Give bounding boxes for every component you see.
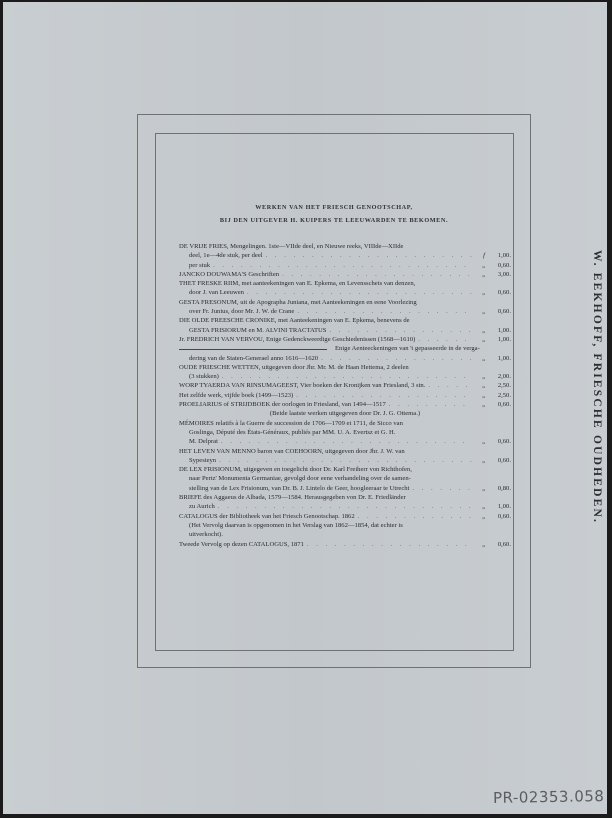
currency-mark: „ <box>475 381 485 390</box>
list-item: uitverkocht). <box>179 530 511 539</box>
entry-price: 3,00. <box>489 270 511 279</box>
list-item: over Fr. Junius, door Mr. J. W. de Crane… <box>179 307 511 316</box>
dot-leaders <box>307 540 472 549</box>
list-item: Enige Aenteeckeningen van 't gepasseerde… <box>179 344 511 353</box>
currency-mark: „ <box>475 484 485 493</box>
publisher-subheading: BIJ DEN UITGEVER H. KUIPERS TE LEEUWARDE… <box>155 217 513 224</box>
entry-title: HET LEVEN VAN MENNO baron van COEHOORN, … <box>179 447 405 456</box>
entry-title: Jr. FREDRICH VAN VERVOU, Enige Gedenckwe… <box>179 335 415 344</box>
list-item: (Beide laatste werken uitgegeven door Dr… <box>179 409 511 418</box>
list-item: deel, 1e—4de stuk, per deelf1,00. <box>179 251 511 260</box>
list-item: Het zelfde werk, vijfde boek (1499—1523)… <box>179 391 511 400</box>
currency-mark: „ <box>475 512 485 521</box>
entry-title: door J. van Leeuwen <box>179 288 244 297</box>
publisher-heading: WERKEN VAN HET FRIESCH GENOOTSCHAP, <box>155 204 513 211</box>
entry-title: GESTA FRESONUM, uit de Apographa Juniana… <box>179 298 417 307</box>
list-item: GESTA FRISIORUM en M. ALVINI TRACTATUS„1… <box>179 326 511 335</box>
currency-mark: „ <box>475 372 485 381</box>
entry-title: (Het Vervolg daarvan is opgenomen in het… <box>179 521 403 530</box>
list-item: BRIEFE des Aggaeus de Albada, 1579—1584.… <box>179 493 511 502</box>
entry-title: JANCKO DOUWAMA'S Geschriften <box>179 270 279 279</box>
entry-title: deel, 1e—4de stuk, per deel <box>179 251 263 260</box>
publication-list: DE VRIJE FRIES, Mengelingen. 1ste—VIIde … <box>179 242 511 549</box>
list-item: DE VRIJE FRIES, Mengelingen. 1ste—VIIde … <box>179 242 511 251</box>
entry-title: over Fr. Junius, door Mr. J. W. de Crane <box>179 307 294 316</box>
entry-title: WORP TYAERDA VAN RINSUMAGEEST, Vier boek… <box>179 381 425 390</box>
list-item: dering van de Staten-Generael anno 1616—… <box>179 354 511 363</box>
list-item: MÉMOIRES relatifs à la Guerre de success… <box>179 419 511 428</box>
entry-title: OUDE FRIESCHE WETTEN, uitgegeven door Jh… <box>179 363 409 372</box>
entry-title: PROELIARIUS of STRIJDBOEK der oorlogen i… <box>179 400 386 409</box>
dot-leaders <box>329 326 472 335</box>
currency-mark: „ <box>475 354 485 363</box>
entry-title: (3 stukken) <box>179 372 219 381</box>
currency-mark: „ <box>475 437 485 446</box>
entry-price: 0,80. <box>489 484 511 493</box>
list-item: per stuk„0,60. <box>179 261 511 270</box>
list-item: Tweede Vervolg op dezen CATALOGUS, 1871„… <box>179 540 511 549</box>
list-item: door J. van Leeuwen„0,60. <box>179 288 511 297</box>
list-item: HET LEVEN VAN MENNO baron van COEHOORN, … <box>179 447 511 456</box>
dot-leaders <box>213 261 472 270</box>
entry-title: per stuk <box>179 261 210 270</box>
currency-mark: „ <box>475 261 485 270</box>
dot-leaders <box>219 456 472 465</box>
list-item: naar Pertz' Monumenta Germaniae, gevolgd… <box>179 474 511 483</box>
entry-title: MÉMOIRES relatifs à la Guerre de success… <box>179 419 403 428</box>
dot-leaders <box>358 512 472 521</box>
entry-price: 0,60. <box>489 512 511 521</box>
dot-leaders <box>218 502 472 511</box>
dot-leaders <box>222 372 472 381</box>
entry-title: uitverkocht). <box>179 530 223 539</box>
entry-title: Goslinga, Député des États-Généraux, pub… <box>179 428 395 437</box>
ditto-rule <box>179 349 327 350</box>
entry-title: DE LEX FRISIONUM, uitgegeven en toegelic… <box>179 465 412 474</box>
entry-price: 2,00. <box>489 372 511 381</box>
entry-price: 2,50. <box>489 381 511 390</box>
entry-price: 0,60. <box>489 400 511 409</box>
entry-title: DE VRIJE FRIES, Mengelingen. 1ste—VIIde … <box>179 242 403 251</box>
entry-price: 1,00. <box>489 335 511 344</box>
currency-mark: f <box>475 251 485 260</box>
dot-leaders <box>412 484 472 493</box>
currency-mark: „ <box>475 326 485 335</box>
list-item: M. Delprat„0,60. <box>179 437 511 446</box>
currency-mark: „ <box>475 391 485 400</box>
entry-title: stelling van de Lex Frisionum, van Dr. B… <box>179 484 409 493</box>
list-item: (3 stukken)„2,00. <box>179 372 511 381</box>
entry-title: dering van de Staten-Generael anno 1616—… <box>179 354 318 363</box>
list-item: DIE OLDE FREESCHE CRONIKE, met Aanteeken… <box>179 316 511 325</box>
entry-price: 1,00. <box>489 354 511 363</box>
entry-title: M. Delprat <box>179 437 218 446</box>
entry-title: THET FRESKE RIIM, met aanteekeningen van… <box>179 279 415 288</box>
dot-leaders <box>389 400 472 409</box>
entry-title: (Beide laatste werken uitgegeven door Dr… <box>179 409 511 418</box>
list-item: stelling van de Lex Frisionum, van Dr. B… <box>179 484 511 493</box>
list-item: Jr. FREDRICH VAN VERVOU, Enige Gedenckwe… <box>179 335 511 344</box>
entry-title: GESTA FRISIORUM en M. ALVINI TRACTATUS <box>179 326 326 335</box>
entry-title: Tweede Vervolg op dezen CATALOGUS, 1871 <box>179 540 304 549</box>
dot-leaders <box>296 391 472 400</box>
entry-price: 1,00. <box>489 251 511 260</box>
entry-title: BRIEFE des Aggaeus de Albada, 1579—1584.… <box>179 493 406 502</box>
currency-mark: „ <box>475 335 485 344</box>
call-number: PR-02353.058 <box>493 787 605 807</box>
entry-price: 0,60. <box>489 307 511 316</box>
dot-leaders <box>297 307 472 316</box>
dot-leaders <box>221 437 472 446</box>
dot-leaders <box>321 354 472 363</box>
dot-leaders <box>428 381 472 390</box>
entry-price: 1,00. <box>489 326 511 335</box>
catalogue-page: WERKEN VAN HET FRIESCH GENOOTSCHAP, BIJ … <box>3 2 607 814</box>
currency-mark: „ <box>475 307 485 316</box>
list-item: Goslinga, Député des États-Généraux, pub… <box>179 428 511 437</box>
currency-mark: „ <box>475 456 485 465</box>
currency-mark: „ <box>475 288 485 297</box>
entry-title: Het zelfde werk, vijfde boek (1499—1523) <box>179 391 293 400</box>
list-item: CATALOGUS der Bibliotheek van het Friesc… <box>179 512 511 521</box>
entry-title: Sypesteyn <box>179 456 216 465</box>
entry-price: 0,60. <box>489 261 511 270</box>
currency-mark: „ <box>475 540 485 549</box>
entry-price: 0,60. <box>489 456 511 465</box>
list-item: GESTA FRESONUM, uit de Apographa Juniana… <box>179 298 511 307</box>
list-item: OUDE FRIESCHE WETTEN, uitgegeven door Jh… <box>179 363 511 372</box>
spine-title: W. EEKHOFF, FRIESCHE OUDHEDEN. <box>591 250 603 524</box>
dot-leaders <box>247 288 472 297</box>
currency-mark: „ <box>475 502 485 511</box>
list-item: (Het Vervolg daarvan is opgenomen in het… <box>179 521 511 530</box>
list-item: THET FRESKE RIIM, met aanteekeningen van… <box>179 279 511 288</box>
entry-title: zu Aurich <box>179 502 215 511</box>
entry-title: DIE OLDE FREESCHE CRONIKE, met Aanteeken… <box>179 316 410 325</box>
currency-mark: „ <box>475 270 485 279</box>
list-item: zu Aurich„1,00. <box>179 502 511 511</box>
entry-price: 1,00. <box>489 502 511 511</box>
entry-title: CATALOGUS der Bibliotheek van het Friesc… <box>179 512 355 521</box>
entry-price: 0,60. <box>489 437 511 446</box>
list-item: WORP TYAERDA VAN RINSUMAGEEST, Vier boek… <box>179 381 511 390</box>
list-item: PROELIARIUS of STRIJDBOEK der oorlogen i… <box>179 400 511 409</box>
entry-price: 0,60. <box>489 540 511 549</box>
entry-price: 0,60. <box>489 288 511 297</box>
list-item: Sypesteyn„0,60. <box>179 456 511 465</box>
list-item: JANCKO DOUWAMA'S Geschriften„3,00. <box>179 270 511 279</box>
entry-title: naar Pertz' Monumenta Germaniae, gevolgd… <box>179 474 411 483</box>
currency-mark: „ <box>475 400 485 409</box>
list-item: DE LEX FRISIONUM, uitgegeven en toegelic… <box>179 465 511 474</box>
entry-title: Enige Aenteeckeningen van 't gepasseerde… <box>335 344 480 353</box>
entry-price: 2,50. <box>489 391 511 400</box>
dot-leaders <box>282 270 472 279</box>
dot-leaders <box>266 251 472 260</box>
dot-leaders <box>418 335 472 344</box>
